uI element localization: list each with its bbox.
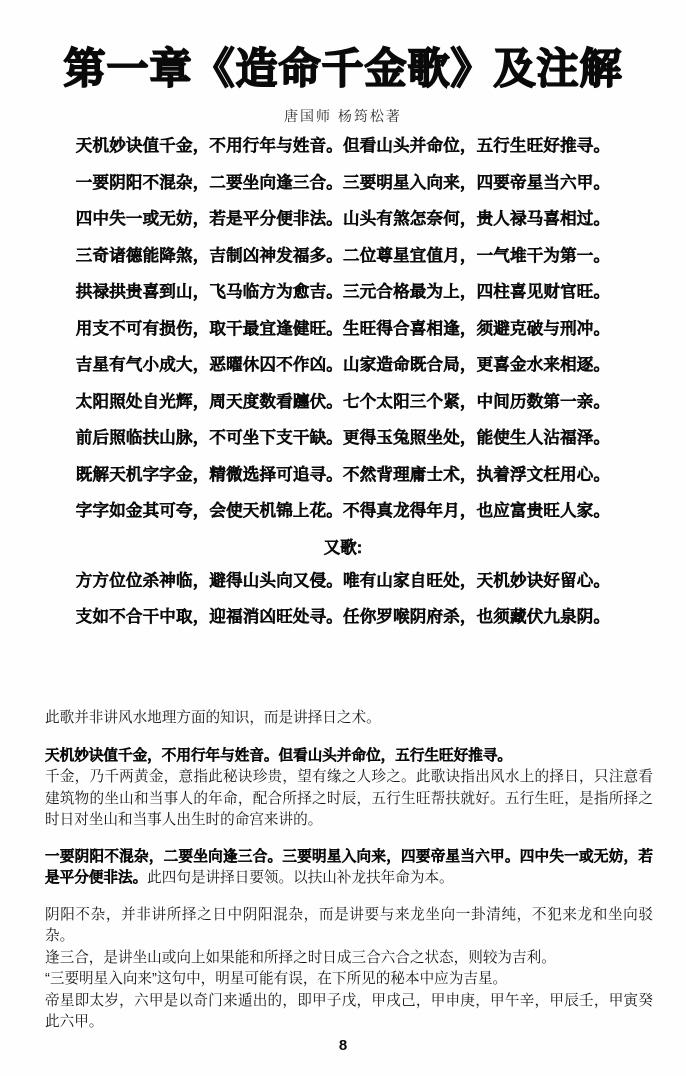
verse-line: 方方位位杀神临，避得山头向又侵。唯有山家自旺处，天机妙诀好留心。 bbox=[0, 573, 686, 590]
commentary-paragraph: 千金，乃千两黄金，意指此秘诀珍贵，望有缘之人珍之。此歌诀指出风水上的择日，只注意… bbox=[45, 767, 653, 832]
page-number: 8 bbox=[0, 1037, 686, 1054]
commentary-inline-text: 此四句是讲择日要领。以扶山补龙扶年命为本。 bbox=[147, 870, 453, 886]
verse-line: 字字如金其可夸，会使天机锦上花。不得真龙得年月，也应富贵旺人家。 bbox=[0, 503, 686, 520]
commentary-paragraph: 帝星即太岁，六甲是以奇门来遁出的，即甲子戊，甲戌己，甲申庚，甲午辛，甲辰壬，甲寅… bbox=[45, 991, 653, 1034]
verse-line: 太阳照处自光辉，周天度数看躔伏。七个太阳三个紧，中间历数第一亲。 bbox=[0, 394, 686, 411]
commentary-paragraph: “三要明星入向来”这句中，明星可能有误，在下所见的秘本中应为吉星。 bbox=[45, 969, 653, 991]
commentary-section: 此歌并非讲风水地理方面的知识，而是讲择日之术。 天机妙诀值千金，不用行年与姓音。… bbox=[45, 708, 653, 1034]
commentary-paragraph: 一要阴阳不混杂，二要坐向逢三合。三要明星入向来，四要帝星当六甲。四中失一或无妨，… bbox=[45, 847, 653, 890]
verse-line: 支如不合干中取，迎福消凶旺处寻。任你罗喉阴府杀，也须藏伏九泉阴。 bbox=[0, 609, 686, 626]
verse-line: 三奇诸德能降煞，吉制凶神发福多。二位尊星宜值月，一气堆干为第一。 bbox=[0, 248, 686, 265]
page-title: 第一章《造命千金歌》及注解 bbox=[0, 40, 686, 98]
verse-line: 既解天机字字金，精微选择可追寻。不然背理庸士术，执着浮文枉用心。 bbox=[0, 467, 686, 484]
verse-line: 吉星有气小成大，恶曜休囚不作凶。山家造命既合局，更喜金水来相逐。 bbox=[0, 357, 686, 374]
verse-line: 天机妙诀值千金，不用行年与姓音。但看山头并命位，五行生旺好推寻。 bbox=[0, 138, 686, 155]
scanned-book-page: 第一章《造命千金歌》及注解 唐国师 杨筠松著 天机妙诀值千金，不用行年与姓音。但… bbox=[0, 0, 686, 1076]
author-byline: 唐国师 杨筠松著 bbox=[0, 106, 686, 126]
verse-line: 拱禄拱贵喜到山，飞马临方为愈吉。三元合格最为上，四柱喜见财官旺。 bbox=[0, 284, 686, 301]
verse-line: 用支不可有损伤，取干最宜逢健旺。生旺得合喜相逢，须避克破与刑冲。 bbox=[0, 321, 686, 338]
second-song-heading: 又歌: bbox=[0, 540, 686, 557]
commentary-paragraph: 阴阳不杂，并非讲所择之日中阴阳混杂，而是讲要与来龙坐向一卦清纯，不犯来龙和坐向驳… bbox=[45, 905, 653, 948]
quoted-verse-bold: 天机妙诀值千金，不用行年与姓音。但看山头并命位，五行生旺好推寻。 bbox=[45, 746, 653, 768]
main-verse-block: 天机妙诀值千金，不用行年与姓音。但看山头并命位，五行生旺好推寻。 一要阴阳不混杂… bbox=[0, 138, 686, 626]
commentary-intro: 此歌并非讲风水地理方面的知识，而是讲择日之术。 bbox=[45, 708, 653, 730]
commentary-paragraph: 逢三合，是讲坐山或向上如果能和所择之时日成三合六合之状态，则较为吉利。 bbox=[45, 948, 653, 970]
verse-line: 四中失一或无妨，若是平分便非法。山头有煞怎奈何，贵人禄马喜相过。 bbox=[0, 211, 686, 228]
verse-line: 一要阴阳不混杂，二要坐向逢三合。三要明星入向来，四要帝星当六甲。 bbox=[0, 175, 686, 192]
verse-line: 前后照临扶山脉，不可坐下支干缺。更得玉兔照坐处，能使生人沾福泽。 bbox=[0, 430, 686, 447]
